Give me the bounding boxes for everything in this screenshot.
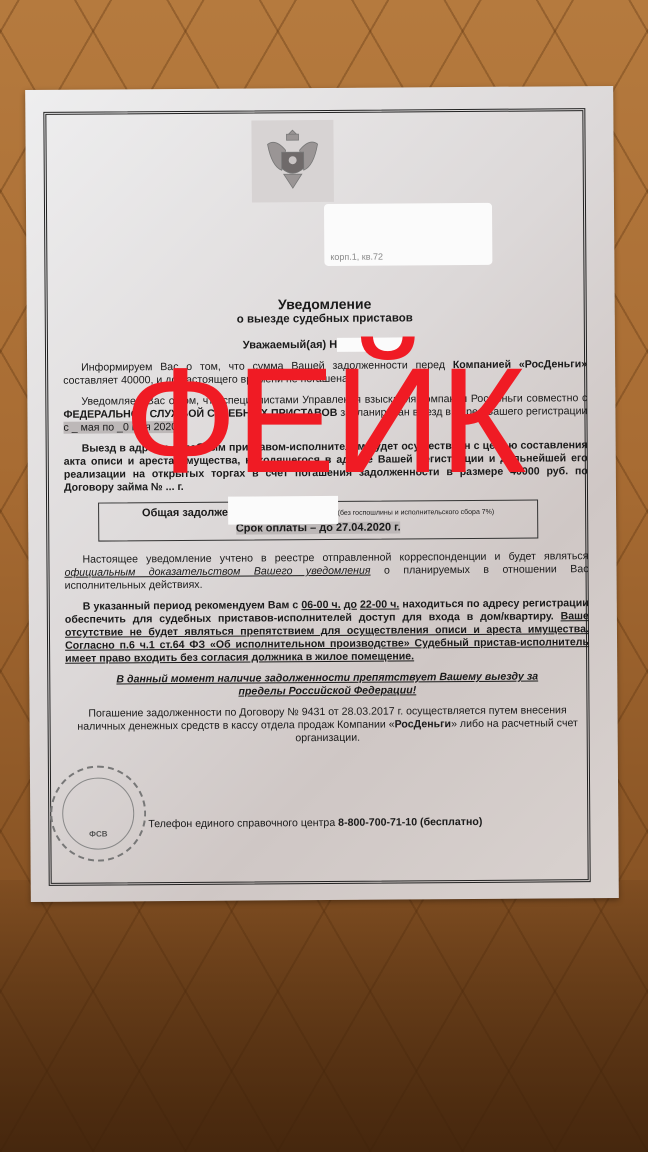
travel-ban-warning: В данный момент наличие задолженности пр… bbox=[65, 670, 589, 700]
page-subtitle: о выезде судебных приставов bbox=[63, 311, 587, 328]
paragraph-payment-method: Погашение задолженности по Договору № 94… bbox=[65, 704, 589, 747]
coat-of-arms-icon bbox=[251, 120, 334, 203]
total-debt-note: (без госпошлины и исполнительского сбора… bbox=[338, 509, 495, 517]
hotline-info: Телефон единого справочного центра 8-800… bbox=[148, 816, 482, 830]
phone-number: 8-800-700-71-10 (бесплатно) bbox=[338, 816, 482, 829]
fake-stamp-overlay: ФЕЙК bbox=[0, 345, 648, 495]
paragraph-access-requirement: В указанный период рекомендуем Вам с 06-… bbox=[65, 597, 589, 666]
page-title: Уведомление bbox=[63, 296, 587, 313]
seal-label: ФСВ bbox=[89, 830, 107, 839]
phone-label: Телефон единого справочного центра bbox=[148, 817, 335, 830]
recipient-address-redacted: корп.1, кв.72 bbox=[324, 203, 492, 266]
address-fragment: корп.1, кв.72 bbox=[330, 252, 383, 262]
wooden-floor-background bbox=[0, 880, 648, 1152]
paragraph-registry: Настоящее уведомление учтено в реестре о… bbox=[64, 550, 588, 593]
official-seal-icon: ФСВ bbox=[50, 765, 147, 862]
